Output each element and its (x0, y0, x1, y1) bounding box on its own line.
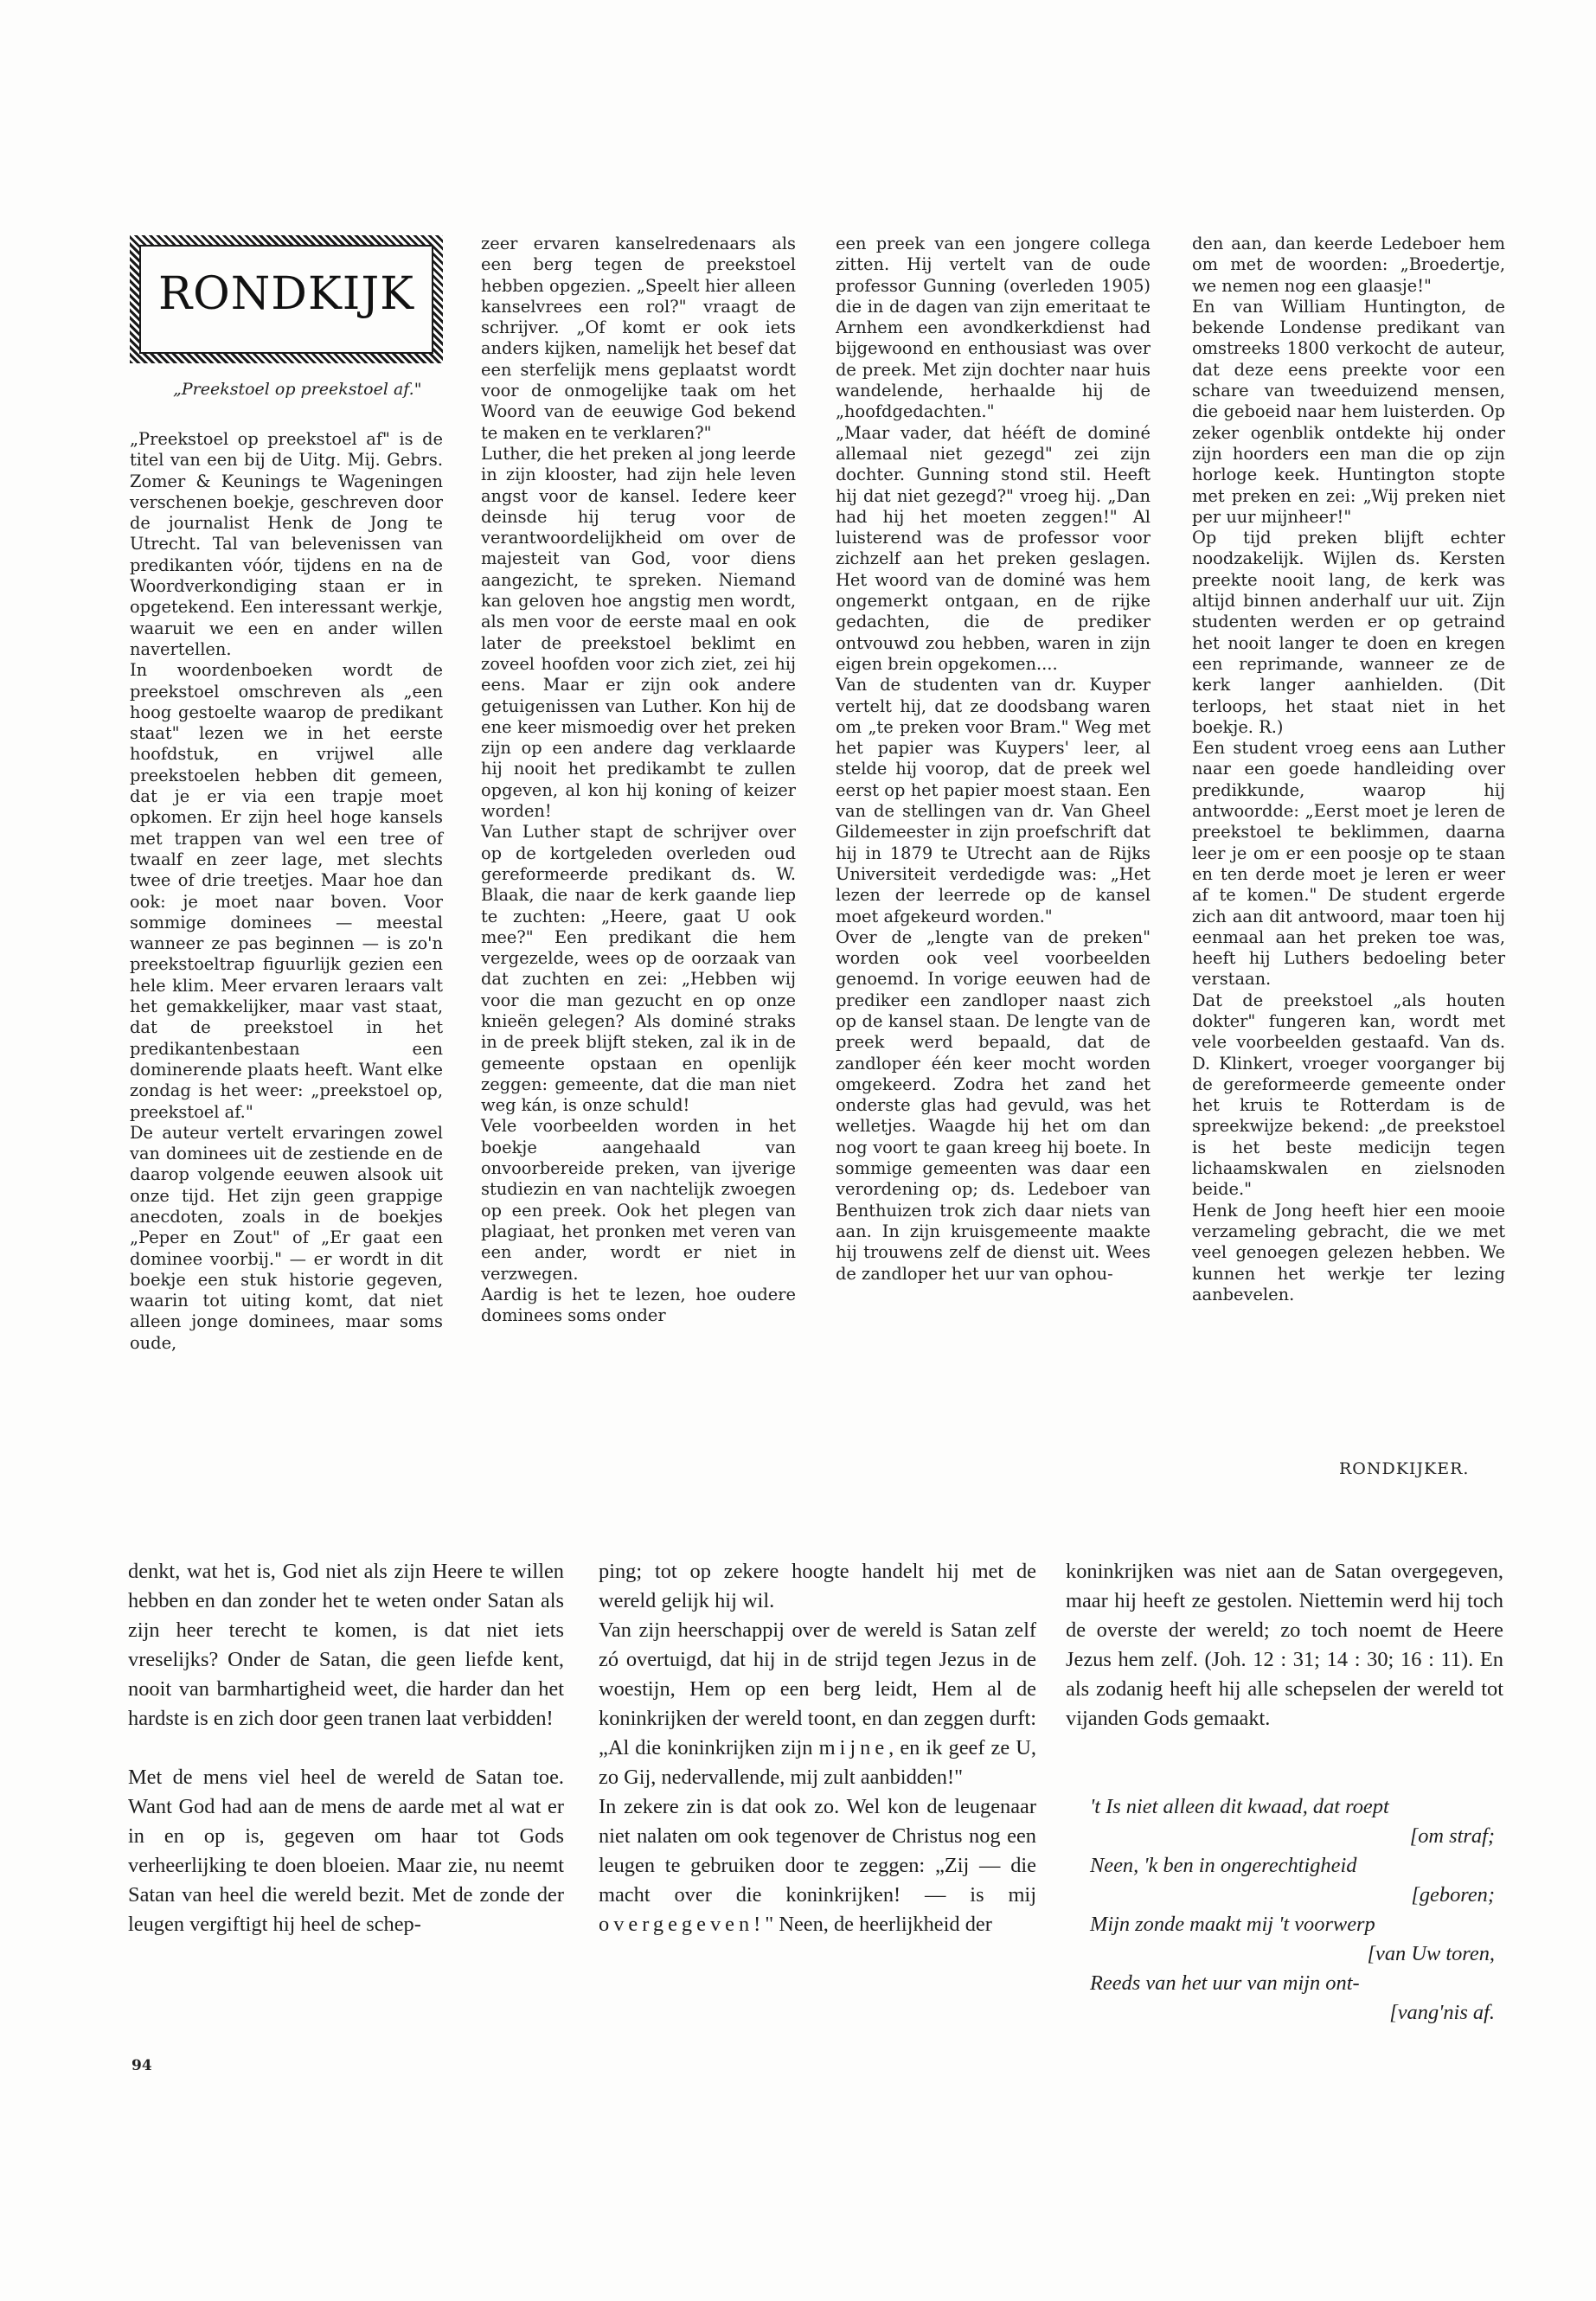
section-heading-box: RONDKIJK (130, 235, 443, 363)
page-number: 94 (131, 2057, 152, 2074)
paragraph-gap (128, 1734, 564, 1763)
emphasis-spaced: overgegeven! (599, 1913, 765, 1936)
paragraph: „Maar vader, dat hééft de dominé allemaa… (836, 423, 1151, 676)
paragraph: Van zijn heerschappij over de wereld is … (599, 1616, 1036, 1792)
paragraph: Van de studenten van dr. Kuyper vertelt … (836, 675, 1151, 927)
continuation-column-3: koninkrijken was niet aan de Satan overg… (1066, 1557, 1503, 1734)
poem-line-continuation: [vang'nis af. (1090, 1998, 1495, 2028)
paragraph: Luther, die het preken al jong leerde in… (481, 444, 796, 822)
paragraph: den aan, dan keerde Ledeboer hem om met … (1192, 234, 1505, 297)
poem-line-continuation: [om straf; (1090, 1822, 1495, 1851)
text-run: In zekere zin is dat ook zo. Wel kon de … (599, 1795, 1036, 1907)
paragraph: Vele voorbeelden worden in het boekje aa… (481, 1116, 796, 1284)
paragraph: zeer ervaren kanselredenaars als een ber… (481, 234, 796, 444)
continuation-column-2: ping; tot op zekere hoogte handelt hij m… (599, 1557, 1036, 1939)
paragraph: Dat de preekstoel „als houten dokter" fu… (1192, 990, 1505, 1201)
poem-line: Mijn zonde maakt mij 't voorwerp (1090, 1910, 1495, 1939)
article-column-4: den aan, dan keerde Ledeboer hem om met … (1192, 234, 1505, 1305)
paragraph: En van William Huntington, de bekende Lo… (1192, 297, 1505, 528)
magazine-page: RONDKIJK „Preekstoel op preekstoel af." … (0, 0, 1596, 2301)
poem-quote: 't Is niet alleen dit kwaad, dat roept [… (1090, 1792, 1495, 2028)
paragraph: denkt, wat het is, God niet als zijn Hee… (128, 1557, 564, 1734)
article-column-3: een preek van een jongere collega zitten… (836, 234, 1151, 1285)
poem-line: 't Is niet alleen dit kwaad, dat roept (1090, 1792, 1495, 1822)
poem-line-continuation: [geboren; (1090, 1881, 1495, 1910)
text-run: " Neen, de heerlijkheid der (765, 1913, 992, 1936)
article-subtitle: „Preekstoel op preekstoel af." (173, 379, 443, 400)
poem-line: Reeds van het uur van mijn ont- (1090, 1969, 1495, 1998)
paragraph: Met de mens viel heel de wereld de Satan… (128, 1763, 564, 1939)
paragraph: In woordenboeken wordt de preekstoel oms… (130, 660, 443, 1123)
paragraph: „Preekstoel op preekstoel af" is de tite… (130, 429, 443, 660)
paragraph: De auteur vertelt ervaringen zowel van d… (130, 1123, 443, 1354)
paragraph: Aardig is het te lezen, hoe oudere domin… (481, 1285, 796, 1327)
paragraph: Op tijd preken blijft echter noodzakelij… (1192, 528, 1505, 738)
section-title: RONDKIJK (130, 268, 443, 320)
paragraph: Over de „lengte van de preken" worden oo… (836, 927, 1151, 1285)
paragraph: Van Luther stapt de schrijver over op de… (481, 822, 796, 1116)
paragraph: In zekere zin is dat ook zo. Wel kon de … (599, 1792, 1036, 1939)
emphasis-spaced: mijne (819, 1736, 889, 1759)
author-signature: RONDKIJKER. (1339, 1459, 1469, 1478)
article-column-1: „Preekstoel op preekstoel af" is de tite… (130, 429, 443, 1354)
article-column-2: zeer ervaren kanselredenaars als een ber… (481, 234, 796, 1326)
paragraph: een preek van een jongere collega zitten… (836, 234, 1151, 423)
continuation-column-1: denkt, wat het is, God niet als zijn Hee… (128, 1557, 564, 1939)
paragraph: Een student vroeg eens aan Luther naar e… (1192, 738, 1505, 990)
poem-line: Neen, 'k ben in ongerechtigheid (1090, 1851, 1495, 1881)
paragraph: koninkrijken was niet aan de Satan overg… (1066, 1557, 1503, 1734)
paragraph: Henk de Jong heeft hier een mooie verzam… (1192, 1201, 1505, 1305)
poem-line-continuation: [van Uw toren, (1090, 1939, 1495, 1969)
paragraph: ping; tot op zekere hoogte handelt hij m… (599, 1557, 1036, 1616)
